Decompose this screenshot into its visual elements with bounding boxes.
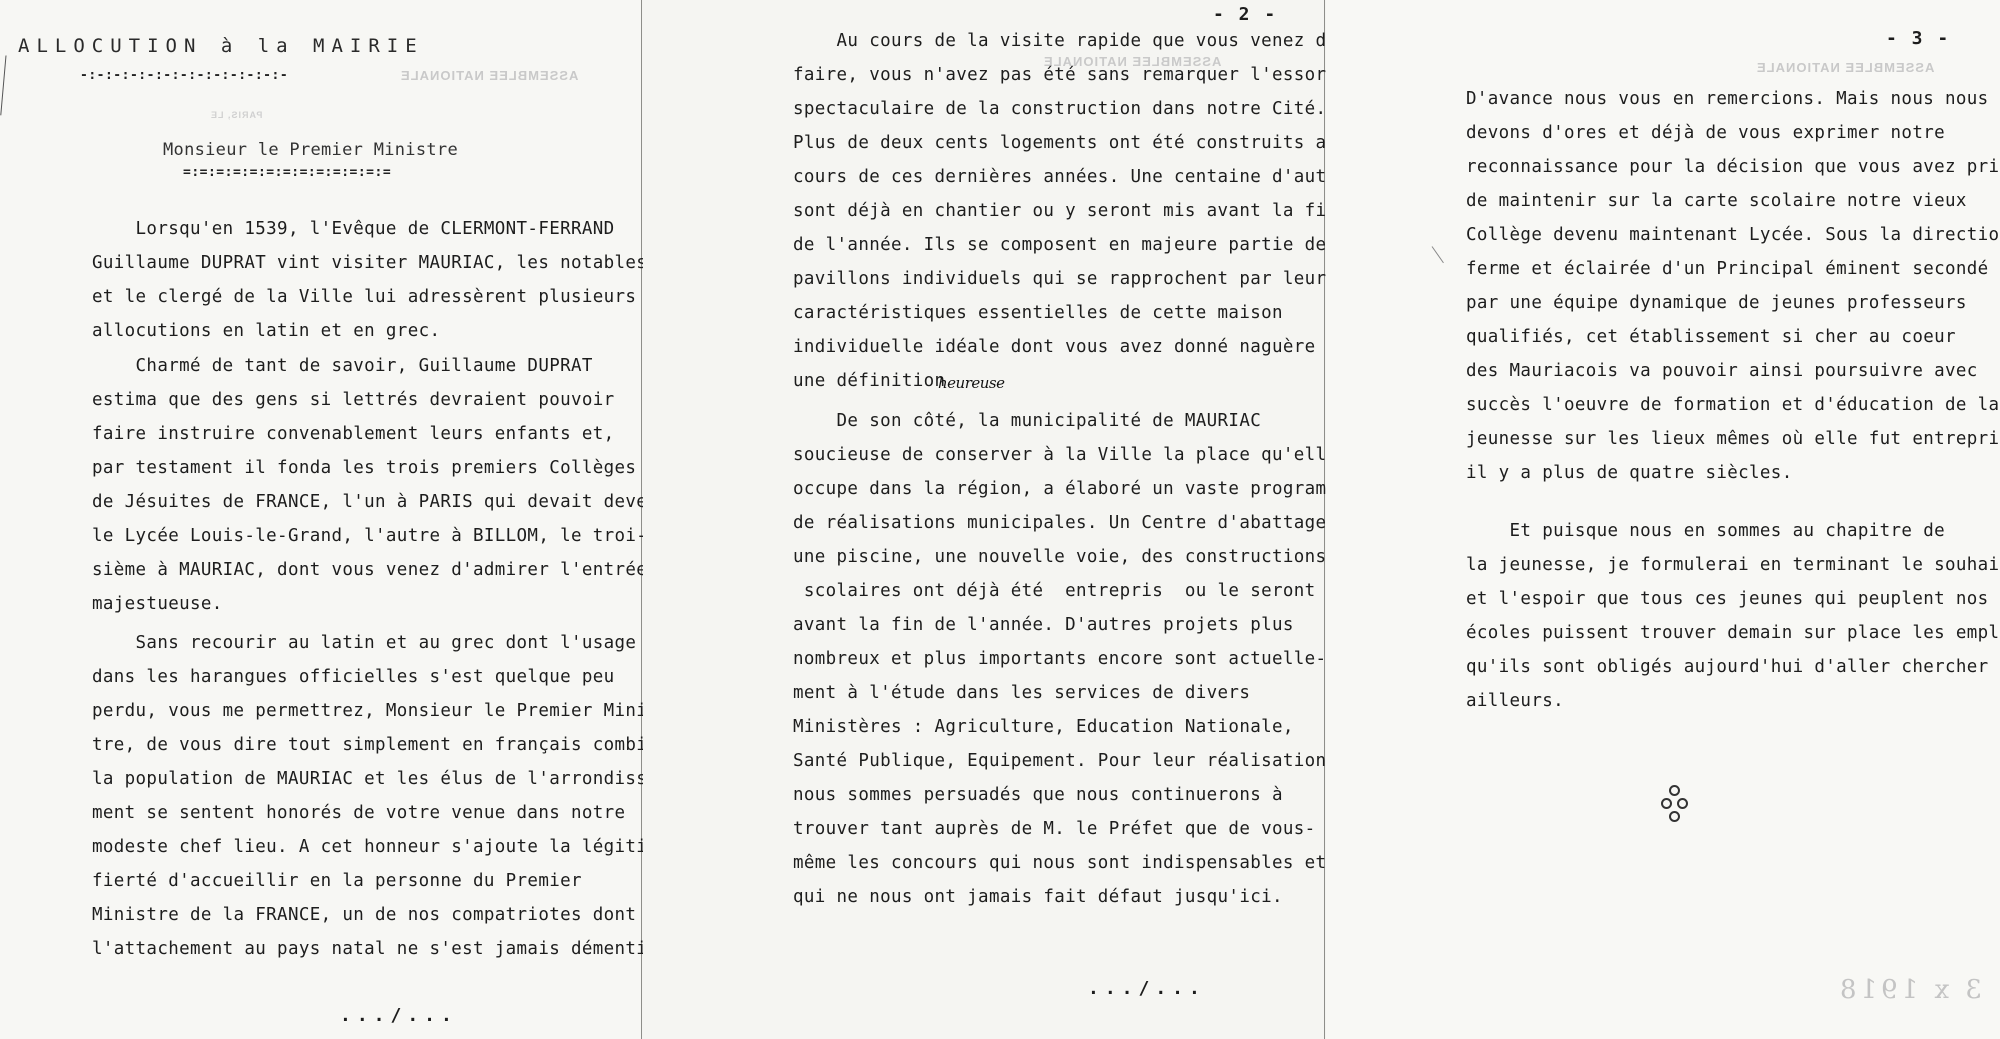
- text-line: sième à MAURIAC, dont vous venez d'admir…: [92, 559, 647, 581]
- text-line: nous sommes persuadés que nous continuer…: [793, 784, 1283, 806]
- text-line: la jeunesse, je formulerai en terminant …: [1466, 554, 2000, 576]
- text-line: reconnaissance pour la décision que vous…: [1466, 156, 2000, 178]
- text-line: il y a plus de quatre siècles.: [1466, 462, 1793, 484]
- text-line: une définition: [793, 370, 945, 392]
- text-line: et l'espoir que tous ces jeunes qui peup…: [1466, 588, 1989, 610]
- text-line: le Lycée Louis-le-Grand, l'autre à BILLO…: [92, 525, 647, 547]
- text-line: majestueuse.: [92, 593, 223, 615]
- heading-rule: -:-:-:-:-:-:-:-:-:-:-:-:-: [80, 68, 288, 83]
- text-line: Ministre de la FRANCE, un de nos compatr…: [92, 904, 636, 926]
- text-line: fierté d'accueillir en la personne du Pr…: [92, 870, 582, 892]
- text-line: de réalisations municipales. Un Centre d…: [793, 512, 1337, 534]
- text-line: qu'ils sont obligés aujourd'hui d'aller …: [1466, 656, 1989, 678]
- text-line: sont déjà en chantier ou y seront mis av…: [793, 200, 1337, 222]
- continuation-mark: .../...: [340, 1005, 458, 1026]
- text-line: des Mauriacois va pouvoir ainsi poursuiv…: [1466, 360, 1978, 382]
- text-line: allocutions en latin et en grec.: [92, 320, 440, 342]
- text-line: qui ne nous ont jamais fait défaut jusqu…: [793, 886, 1283, 908]
- text-line: soucieuse de conserver à la Ville la pla…: [793, 444, 1337, 466]
- text-line: scolaires ont déjà été entrepris ou le s…: [793, 580, 1316, 602]
- text-line: et le clergé de la Ville lui adressèrent…: [92, 286, 636, 308]
- text-line: De son côté, la municipalité de MAURIAC: [793, 410, 1261, 432]
- continuation-mark: .../...: [1088, 978, 1206, 999]
- ghost-letterhead-sub: PARIS, LE: [210, 110, 262, 120]
- text-line: jeunesse sur les lieux mêmes où elle fut…: [1466, 428, 2000, 450]
- text-line: ment à l'étude dans les services de dive…: [793, 682, 1250, 704]
- text-line: estima que des gens si lettrés devraient…: [92, 389, 615, 411]
- text-line: dans les harangues officielles s'est que…: [92, 666, 615, 688]
- text-line: Sans recourir au latin et au grec dont l…: [92, 632, 636, 654]
- text-line: succès l'oeuvre de formation et d'éducat…: [1466, 394, 1999, 416]
- text-line: faire, vous n'avez pas été sans remarque…: [793, 64, 1326, 86]
- page-2: - 2 - ASSEMBLEE NATIONALE Au cours de la…: [643, 0, 1325, 1039]
- text-line: même les concours qui nous sont indispen…: [793, 852, 1326, 874]
- text-line: de l'année. Ils se composent en majeure …: [793, 234, 1326, 256]
- page-3: - 3 - ASSEMBLEE NATIONALE D'avance nous …: [1326, 0, 2000, 1039]
- text-line: de maintenir sur la carte scolaire notre…: [1466, 190, 1967, 212]
- text-line: Ministères : Agriculture, Education Nati…: [793, 716, 1294, 738]
- text-line: par une équipe dynamique de jeunes profe…: [1466, 292, 1967, 314]
- text-line: la population de MAURIAC et les élus de …: [92, 768, 669, 790]
- text-line: caractéristiques essentielles de cette m…: [793, 302, 1283, 324]
- text-line: Santé Publique, Equipement. Pour leur ré…: [793, 750, 1326, 772]
- text-line: Charmé de tant de savoir, Guillaume DUPR…: [92, 355, 593, 377]
- salutation: Monsieur le Premier Ministre: [163, 140, 458, 160]
- text-line: Guillaume DUPRAT vint visiter MAURIAC, l…: [92, 252, 647, 274]
- text-line: pavillons individuels qui se rapprochent…: [793, 268, 1337, 290]
- ghost-letterhead: ASSEMBLEE NATIONALE: [1756, 60, 1934, 75]
- text-line: occupe dans la région, a élaboré un vast…: [793, 478, 1348, 500]
- text-line: devons d'ores et déjà de vous exprimer n…: [1466, 122, 1945, 144]
- text-line: qualifiés, cet établissement si cher au …: [1466, 326, 1956, 348]
- page-1: ALLOCUTION à la MAIRIE -:-:-:-:-:-:-:-:-…: [0, 0, 642, 1039]
- text-line: Lorsqu'en 1539, l'Evêque de CLERMONT-FER…: [92, 218, 615, 240]
- page-number: - 2 -: [1213, 4, 1277, 25]
- ghost-letterhead: ASSEMBLEE NATIONALE: [400, 68, 578, 83]
- text-line: perdu, vous me permettrez, Monsieur le P…: [92, 700, 669, 722]
- text-line: Au cours de la visite rapide que vous ve…: [793, 30, 1337, 52]
- text-line: cours de ces dernières années. Une centa…: [793, 166, 1359, 188]
- handwritten-insert: heureuse: [938, 372, 1004, 394]
- text-line: D'avance nous vous en remercions. Mais n…: [1466, 88, 1989, 110]
- text-line: de Jésuites de FRANCE, l'un à PARIS qui …: [92, 491, 680, 513]
- text-line: spectaculaire de la construction dans no…: [793, 98, 1326, 120]
- text-line: trouver tant auprès de M. le Préfet que …: [793, 818, 1316, 840]
- margin-pen-stroke: [1432, 246, 1444, 263]
- page-number: - 3 -: [1886, 28, 1950, 49]
- text-line: l'attachement au pays natal ne s'est jam…: [92, 938, 658, 960]
- pencil-archive-note: 3 x 1918: [1836, 975, 1982, 1005]
- text-line: ailleurs.: [1466, 690, 1564, 712]
- text-line: une piscine, une nouvelle voie, des cons…: [793, 546, 1326, 568]
- text-line: ment se sentent honorés de votre venue d…: [92, 802, 625, 824]
- text-line: modeste chef lieu. A cet honneur s'ajout…: [92, 836, 669, 858]
- text-line: tre, de vous dire tout simplement en fra…: [92, 734, 669, 756]
- text-line: par testament il fonda les trois premier…: [92, 457, 636, 479]
- text-line: Plus de deux cents logements ont été con…: [793, 132, 1337, 154]
- text-line: nombreux et plus importants encore sont …: [793, 648, 1326, 670]
- text-line: ferme et éclairée d'un Principal éminent…: [1466, 258, 1989, 280]
- document-heading: ALLOCUTION à la MAIRIE: [18, 35, 424, 57]
- text-line: Et puisque nous en sommes au chapitre de: [1466, 520, 1945, 542]
- margin-pen-stroke: [0, 55, 6, 115]
- text-line: écoles puissent trouver demain sur place…: [1466, 622, 2000, 644]
- text-line: individuelle idéale dont vous avez donné…: [793, 336, 1316, 358]
- text-line: faire instruire convenablement leurs enf…: [92, 423, 615, 445]
- salutation-rule: =:=:=:=:=:=:=:=:=:=:=:=:=: [183, 165, 391, 180]
- text-line: avant la fin de l'année. D'autres projet…: [793, 614, 1294, 636]
- text-line: Collège devenu maintenant Lycée. Sous la…: [1466, 224, 2000, 246]
